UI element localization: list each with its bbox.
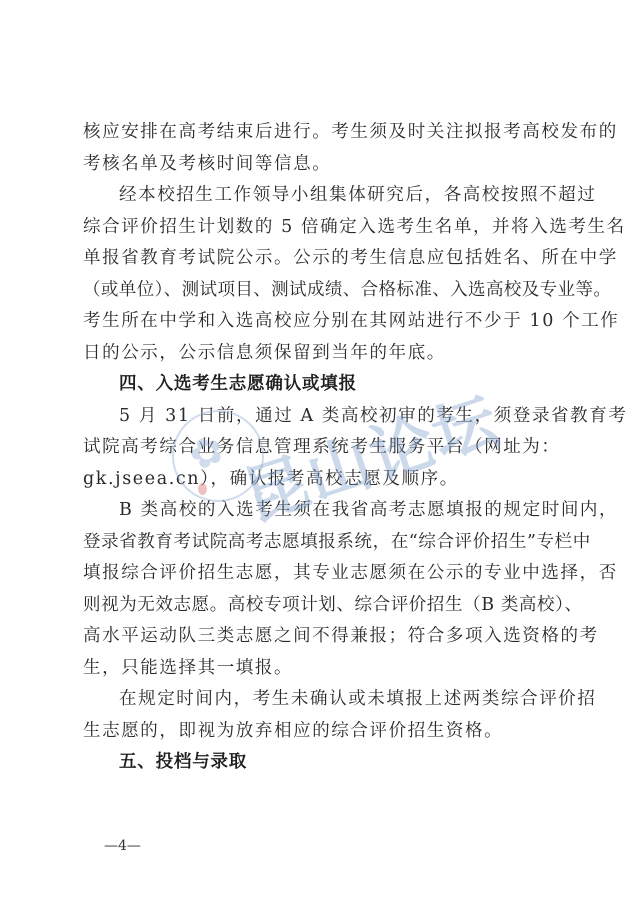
paragraph-line: gk.jseea.cn），确认报考高校志愿及顺序。 [83, 464, 557, 496]
document-body: 核应安排在高考结束后进行。考生须及时关注拟报考高校发布的 考核名单及考核时间等信… [83, 117, 557, 779]
paragraph-line: 单报省教育考试院公示。公示的考生信息应包括姓名、所在中学 [83, 243, 557, 275]
paragraph-line: 高水平运动队三类志愿之间不得兼报；符合多项入选资格的考 [83, 621, 557, 653]
paragraph-line: 日的公示，公示信息须保留到当年的年底。 [83, 338, 557, 370]
section-heading-5: 五、投档与录取 [83, 747, 557, 779]
paragraph-line: 经本校招生工作领导小组集体研究后，各高校按照不超过 [83, 180, 557, 212]
paragraph-line: 登录省教育考试院高考志愿填报系统，在“综合评价招生”专栏中 [83, 527, 557, 559]
paragraph-line: 5 月 31 日前，通过 A 类高校初审的考生，须登录省教育考 [83, 401, 557, 433]
page-number: —4— [104, 838, 141, 854]
paragraph-line: 填报综合评价招生志愿，其专业志愿须在公示的专业中选择，否 [83, 558, 557, 590]
paragraph-line: 生，只能选择其一填报。 [83, 653, 557, 685]
section-heading-4: 四、入选考生志愿确认或填报 [83, 369, 557, 401]
paragraph-line: B 类高校的入选考生须在我省高考志愿填报的规定时间内， [83, 495, 557, 527]
document-page: 核应安排在高考结束后进行。考生须及时关注拟报考高校发布的 考核名单及考核时间等信… [0, 0, 640, 905]
paragraph-line: 在规定时间内，考生未确认或未填报上述两类综合评价招 [83, 684, 557, 716]
paragraph-line: 考生所在中学和入选高校应分别在其网站进行不少于 10 个工作 [83, 306, 557, 338]
paragraph-line: 生志愿的，即视为放弃相应的综合评价招生资格。 [83, 716, 557, 748]
paragraph-line: 则视为无效志愿。高校专项计划、综合评价招生（B 类高校）、 [83, 590, 557, 622]
paragraph-line: （或单位）、测试项目、测试成绩、合格标准、入选高校及专业等。 [83, 275, 557, 307]
paragraph-line: 核应安排在高考结束后进行。考生须及时关注拟报考高校发布的 [83, 117, 557, 149]
paragraph-line: 试院高考综合业务信息管理系统考生服务平台（网址为： [83, 432, 557, 464]
paragraph-line: 综合评价招生计划数的 5 倍确定入选考生名单，并将入选考生名 [83, 212, 557, 244]
paragraph-line: 考核名单及考核时间等信息。 [83, 149, 557, 181]
